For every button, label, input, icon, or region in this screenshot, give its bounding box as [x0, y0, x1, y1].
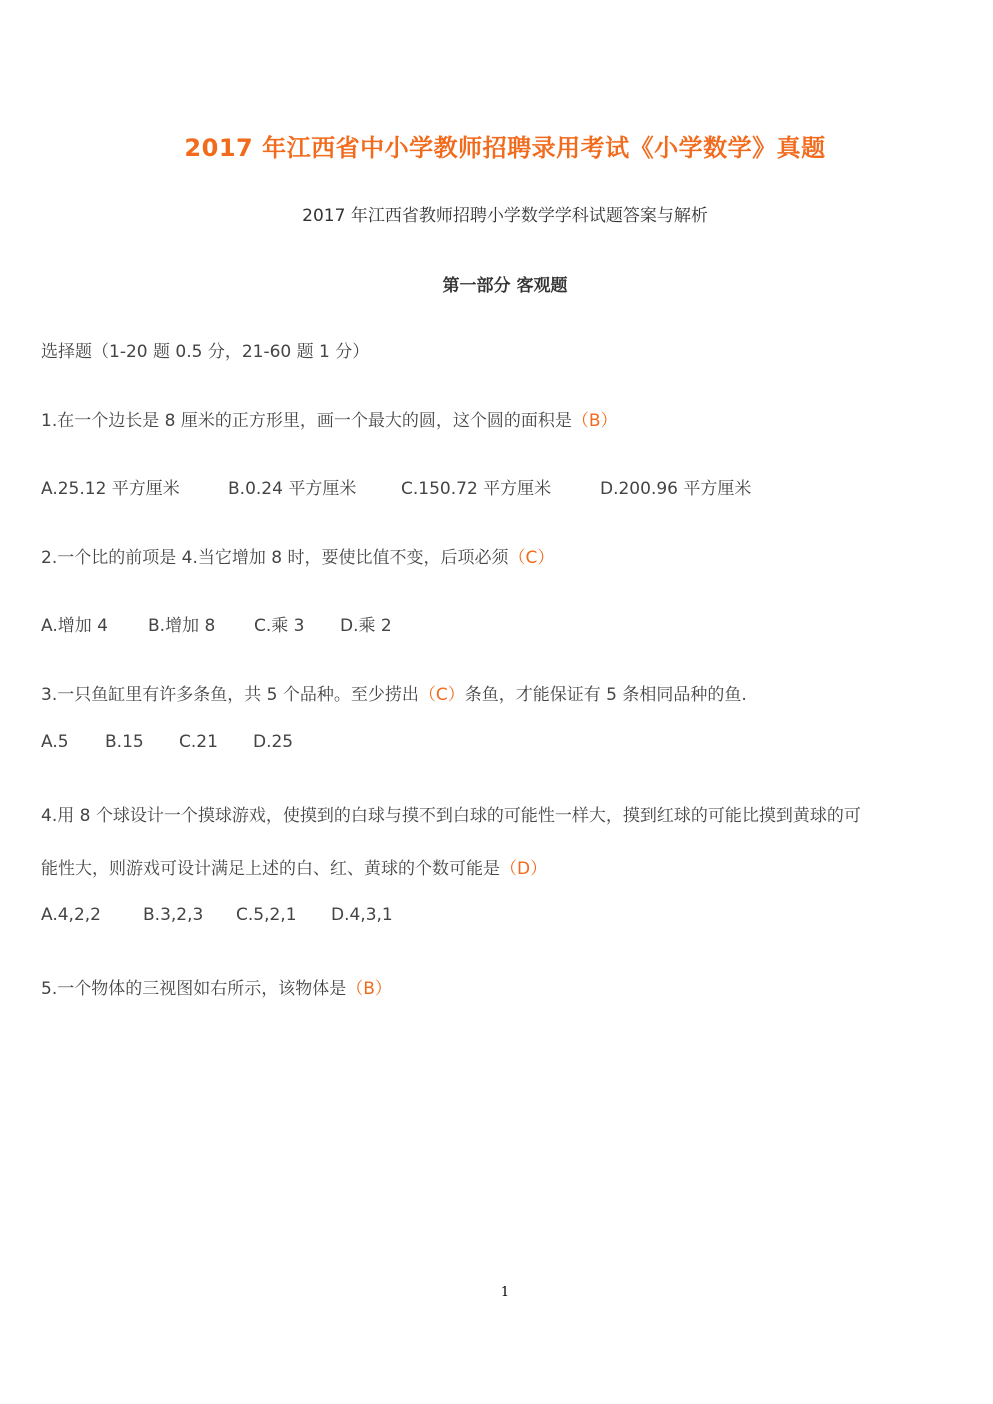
option-a: A.5: [41, 732, 105, 752]
question-number: 3.: [41, 685, 57, 705]
option-b: B.15: [105, 732, 179, 752]
option-a: A.25.12 平方厘米: [41, 474, 228, 499]
question-text: 一个比的前项是 4.当它增加 8 时，要使比值不变，后项必须: [57, 548, 508, 568]
answer-badge: （B）: [346, 979, 392, 999]
question-text: 一只鱼缸里有许多条鱼，共 5 个品种。至少捞出: [57, 685, 419, 705]
option-a: A.增加 4: [41, 611, 148, 636]
question-text-after: 条鱼，才能保证有 5 条相同品种的鱼.: [465, 685, 747, 705]
question-1: 1.在一个边长是 8 厘米的正方形里，画一个最大的圆，这个圆的面积是（B）: [41, 406, 618, 431]
option-c: C.150.72 平方厘米: [401, 474, 600, 499]
question-4-options: A.4,2,2B.3,2,3C.5,2,1D.4,3,1: [41, 905, 393, 925]
option-d: D.4,3,1: [331, 905, 393, 925]
question-3: 3.一只鱼缸里有许多条鱼，共 5 个品种。至少捞出（C）条鱼，才能保证有 5 条…: [41, 680, 747, 705]
option-b: B.0.24 平方厘米: [228, 474, 401, 499]
question-number: 4.: [41, 806, 57, 826]
page-number: 1: [0, 1285, 993, 1300]
option-c: C.5,2,1: [236, 905, 331, 925]
question-text: 在一个边长是 8 厘米的正方形里，画一个最大的圆，这个圆的面积是: [57, 411, 572, 431]
question-5: 5.一个物体的三视图如右所示，该物体是（B）: [41, 974, 392, 999]
document-title: 2017 年江西省中小学教师招聘录用考试《小学数学》真题: [0, 128, 993, 163]
question-text: 用 8 个球设计一个摸球游戏，使摸到的白球与摸不到白球的可能性一样大，摸到红球的…: [57, 806, 861, 826]
question-text: 能性大，则游戏可设计满足上述的白、红、黄球的个数可能是: [41, 859, 500, 879]
question-4: 4.用 8 个球设计一个摸球游戏，使摸到的白球与摸不到白球的可能性一样大，摸到红…: [41, 801, 861, 826]
option-c: C.21: [179, 732, 253, 752]
option-b: B.3,2,3: [143, 905, 236, 925]
option-b: B.增加 8: [148, 611, 254, 636]
option-d: D.乘 2: [340, 611, 392, 636]
option-c: C.乘 3: [254, 611, 340, 636]
answer-badge: （C）: [508, 548, 554, 568]
answer-badge: （D）: [500, 859, 547, 879]
question-number: 2.: [41, 548, 57, 568]
option-a: A.4,2,2: [41, 905, 143, 925]
question-number: 5.: [41, 979, 57, 999]
question-4-continued: 能性大，则游戏可设计满足上述的白、红、黄球的个数可能是（D）: [41, 854, 547, 879]
section-heading: 第一部分 客观题: [0, 271, 993, 296]
option-d: D.25: [253, 732, 293, 752]
document-subtitle: 2017 年江西省教师招聘小学数学学科试题答案与解析: [0, 201, 993, 226]
question-2-options: A.增加 4B.增加 8C.乘 3D.乘 2: [41, 611, 392, 636]
question-text: 一个物体的三视图如右所示，该物体是: [57, 979, 346, 999]
question-2: 2.一个比的前项是 4.当它增加 8 时，要使比值不变，后项必须（C）: [41, 543, 554, 568]
option-d: D.200.96 平方厘米: [600, 474, 751, 499]
question-1-options: A.25.12 平方厘米B.0.24 平方厘米C.150.72 平方厘米D.20…: [41, 474, 751, 499]
instructions: 选择题（1-20 题 0.5 分，21-60 题 1 分）: [41, 337, 369, 362]
question-3-options: A.5B.15C.21D.25: [41, 732, 293, 752]
answer-badge: （C）: [419, 685, 465, 705]
question-number: 1.: [41, 411, 57, 431]
answer-badge: （B）: [572, 411, 618, 431]
